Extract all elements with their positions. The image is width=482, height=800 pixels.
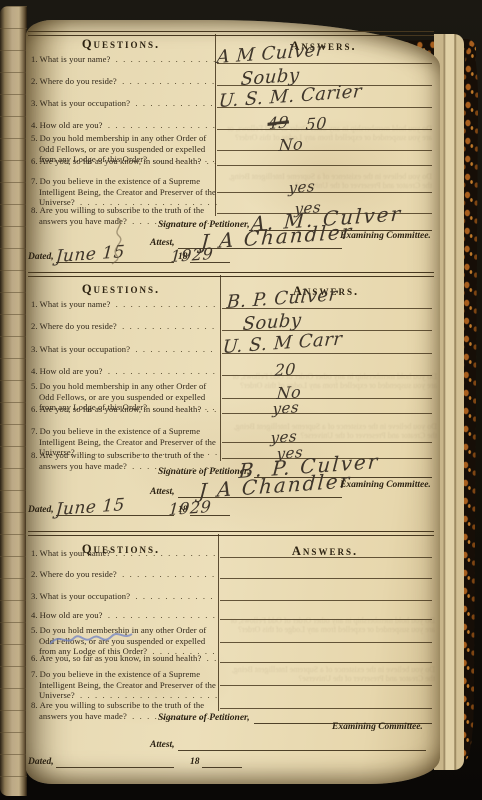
question-number: 4. [31, 610, 38, 620]
question-text: How old are you? [40, 610, 103, 620]
column-divider [218, 534, 219, 711]
question-number: 8. [31, 700, 38, 710]
answer-line [220, 557, 432, 558]
answer-line [220, 685, 432, 686]
answer-line [220, 600, 432, 601]
dated-line [56, 767, 174, 768]
question-number: 6. [31, 653, 38, 663]
answer-line [220, 662, 432, 663]
attest-line [178, 750, 426, 751]
question-text: Are you, so far as you know, in sound he… [40, 653, 202, 663]
question-number: 5. [31, 625, 38, 635]
signature-of-petitioner-label: Signature of Petitioner, [158, 713, 250, 723]
question-row: 6.Are you, so far as you know, in sound … [31, 653, 218, 665]
left-page-sliver [0, 6, 27, 796]
answer-line [220, 578, 432, 579]
ink-bleed-through: Do you believe in the existence of a Sup… [230, 665, 435, 683]
blue-ink-scribble [46, 626, 136, 652]
question-number: 7. [31, 669, 38, 679]
answer-line [220, 708, 432, 709]
year-prefix: 18 [190, 757, 200, 767]
register-page: Questions.Answers.1.What is your name?A … [26, 20, 440, 784]
question-number: 1. [31, 548, 38, 558]
attest-label: Attest, [150, 740, 175, 750]
question-row: 1.What is your name? [31, 548, 218, 560]
question-number: 2. [31, 569, 38, 579]
question-number: 3. [31, 591, 38, 601]
question-text: What is your name? [40, 548, 111, 558]
question-row: 2.Where do you reside? [31, 569, 218, 581]
dated-year-line [202, 767, 242, 768]
examining-committee-label: Examining Committee. [332, 722, 423, 732]
petition-form-entry-3: Questions.Answers.1.What is your name?2.… [26, 20, 440, 784]
question-row: 7.Do you believe in the existence of a S… [31, 669, 218, 702]
dated-label: Dated, [28, 757, 54, 767]
question-row: 4.How old are you? [31, 610, 218, 622]
answer-line [220, 642, 432, 643]
ink-bleed-through: Do you hold membership in any other Orde… [230, 616, 435, 634]
section-top-rule [28, 531, 434, 536]
book-photo: Questions.Answers.1.What is your name?A … [0, 0, 482, 800]
question-text: What is your occupation? [40, 591, 130, 601]
question-text: Where do you reside? [40, 569, 117, 579]
question-row: 3.What is your occupation? [31, 591, 218, 603]
